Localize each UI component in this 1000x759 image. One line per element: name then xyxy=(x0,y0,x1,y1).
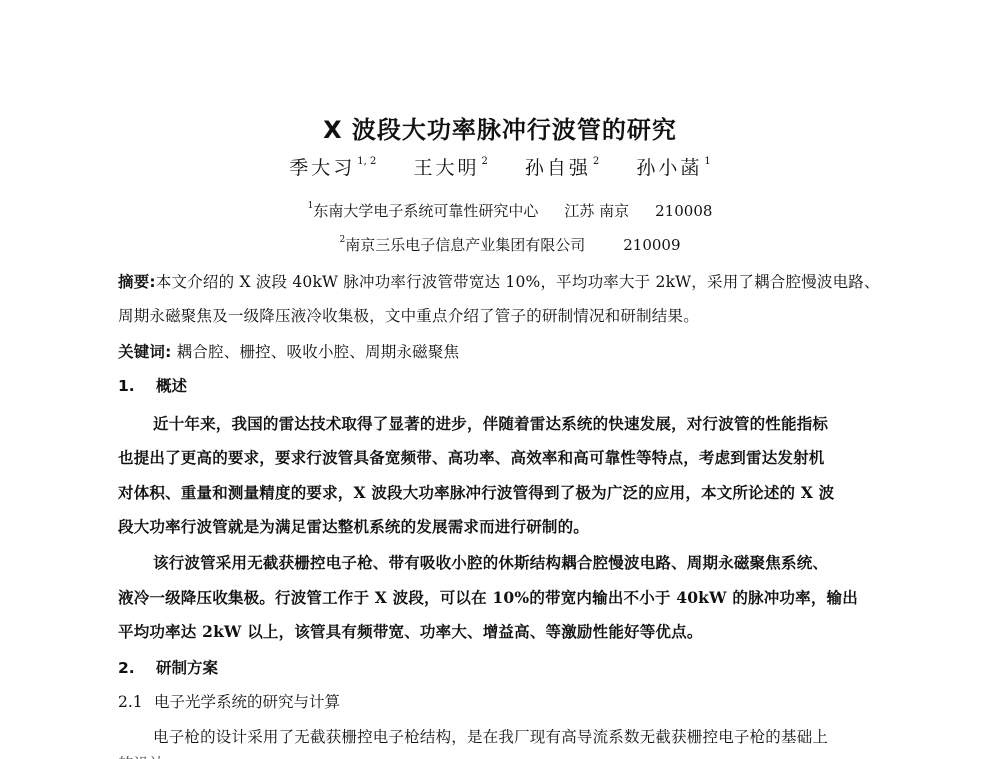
paragraph-line: 也提出了更高的要求，要求行波管具备宽频带、高功率、高效率和高可靠性等特点，考虑到… xyxy=(118,446,908,468)
author-list: 季大习1, 2 王大明2 孙自强2 孙小菡1 xyxy=(0,153,1000,180)
keywords-label: 关键词: xyxy=(118,343,172,361)
affiliation-mark: 2 xyxy=(593,156,599,167)
author: 孙自强2 xyxy=(525,153,599,180)
paragraph-line: 对体积、重量和测量精度的要求，X 波段大功率脉冲行波管得到了极为广泛的应用，本文… xyxy=(118,481,908,503)
paragraph-line: 平均功率达 2kW 以上，该管具有频带宽、功率大、增益高、等激励性能好等优点。 xyxy=(118,620,908,642)
paragraph-line: 该行波管采用无截获栅控电子枪、带有吸收小腔的休斯结构耦合腔慢波电路、周期永磁聚焦… xyxy=(153,551,908,573)
paragraph-line: 近十年来，我国的雷达技术取得了显著的进步，伴随着雷达系统的快速发展，对行波管的性… xyxy=(153,412,908,434)
abstract-label: 摘要: xyxy=(118,273,156,291)
subsection-heading: 2.1电子光学系统的研究与计算 xyxy=(118,690,340,712)
author: 王大明2 xyxy=(413,153,487,180)
affiliation-mark: 2 xyxy=(481,156,487,167)
affiliation-org: 南京三乐电子信息产业集团有限公司 xyxy=(345,236,585,254)
author: 季大习1, 2 xyxy=(289,153,376,180)
affiliation-mark: 1 xyxy=(704,156,710,167)
keywords-line: 关键词: 耦合腔、栅控、吸收小腔、周期永磁聚焦 xyxy=(118,340,908,362)
paragraph-line: 液冷一级降压收集极。行波管工作于 X 波段，可以在 10%的带宽内输出不小于 4… xyxy=(118,586,908,608)
abstract-line: 摘要:本文介绍的 X 波段 40kW 脉冲功率行波管带宽达 10%，平均功率大于… xyxy=(118,270,908,292)
paper-title: X 波段大功率脉冲行波管的研究 xyxy=(0,110,1000,145)
affiliation-mark: 1, 2 xyxy=(357,156,376,167)
paragraph-line: 段大功率行波管就是为满足雷达整机系统的发展需求而进行研制的。 xyxy=(118,515,908,537)
affiliation-2: 2南京三乐电子信息产业集团有限公司210009 xyxy=(10,234,1000,255)
affiliation-1: 1东南大学电子系统可靠性研究中心江苏 南京210008 xyxy=(10,200,1000,221)
affiliation-city: 南京 xyxy=(599,202,629,220)
paragraph-line: 电子枪的设计采用了无截获栅控电子枪结构，是在我厂现有高导流系数无截获栅控电子枪的… xyxy=(153,725,908,747)
affiliation-postcode: 210008 xyxy=(655,202,712,220)
abstract-line: 周期永磁聚焦及一级降压液冷收集极，文中重点介绍了管子的研制情况和研制结果。 xyxy=(118,304,908,326)
cut-off-line: 的设计... xyxy=(118,752,218,759)
affiliation-org: 东南大学电子系统可靠性研究中心 xyxy=(313,202,538,220)
affiliation-postcode: 210009 xyxy=(623,236,680,254)
section-heading: 1.概述 xyxy=(118,374,187,396)
section-heading: 2.研制方案 xyxy=(118,656,218,678)
keywords-text: 耦合腔、栅控、吸收小腔、周期永磁聚焦 xyxy=(177,343,460,361)
affiliation-province: 江苏 xyxy=(564,202,594,220)
author: 孙小菡1 xyxy=(636,153,710,180)
paper-page: X 波段大功率脉冲行波管的研究 季大习1, 2 王大明2 孙自强2 孙小菡1 1… xyxy=(0,0,1000,759)
